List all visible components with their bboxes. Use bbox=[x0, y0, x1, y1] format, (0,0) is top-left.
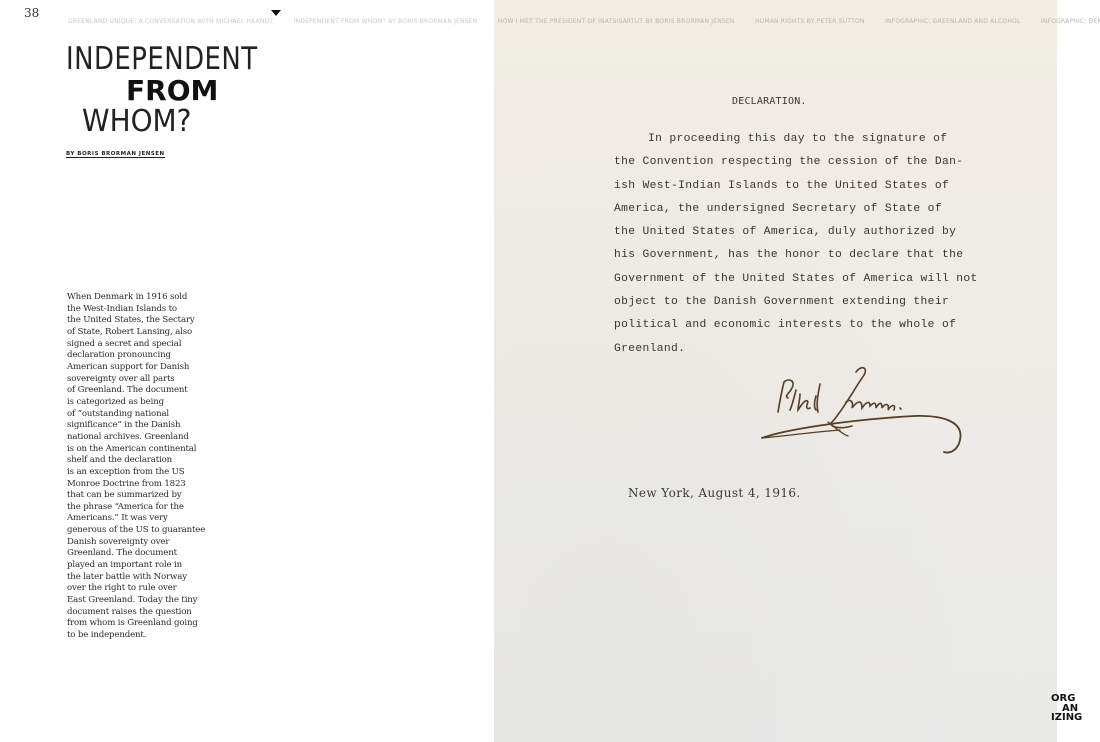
article-body-line: sovereignty over all parts bbox=[67, 374, 227, 386]
article-body-line: of “outstanding national bbox=[67, 409, 227, 421]
article-body-line: Americans.” It was very bbox=[67, 513, 227, 525]
article-body-line: is categorized as being bbox=[67, 397, 227, 409]
article-body-line: that can be summarized by bbox=[67, 490, 227, 502]
article-body-line: American support for Danish bbox=[67, 362, 227, 374]
article-body-line: national archives. Greenland bbox=[67, 432, 227, 444]
logo-line-3: IZING bbox=[1051, 713, 1082, 723]
nav-item-how-i-met[interactable]: How I met the president of Inatsisartut … bbox=[498, 18, 745, 25]
title-line-whom: WHOM? bbox=[82, 107, 259, 137]
nav-item-independent-from-whom[interactable]: Independent from whom? by Boris Brorman … bbox=[294, 18, 488, 25]
article-body-line: When Denmark in 1916 sold bbox=[67, 292, 227, 304]
article-body-line: East Greenland. Today the tiny bbox=[67, 595, 227, 607]
section-navigation: Greenland unique: a conversation with Mi… bbox=[68, 18, 1100, 25]
article-body-line: generous of the US to guarantee bbox=[67, 525, 227, 537]
nav-item-infographic-alcohol[interactable]: Infographic: Greenland and alcohol50 bbox=[885, 18, 1031, 25]
document-line: the United States of America, duly autho… bbox=[614, 221, 994, 244]
document-line: political and economic interests to the … bbox=[614, 314, 994, 337]
nav-item-infographic-demographic[interactable]: Infographic: Demographic52 bbox=[1041, 18, 1100, 25]
nav-item-page: 40 bbox=[738, 18, 745, 19]
nav-item-greenland-unique[interactable]: Greenland unique: a conversation with Mi… bbox=[68, 18, 284, 25]
nav-item-label: Greenland unique: a conversation with Mi… bbox=[68, 18, 273, 25]
article-body-line: is an exception from the US bbox=[67, 467, 227, 479]
nav-item-page: 38 bbox=[480, 18, 487, 19]
document-heading: DECLARATION. bbox=[732, 96, 807, 107]
signature-robert-lansing bbox=[744, 360, 974, 460]
article-body-line: Greenland. The document bbox=[67, 548, 227, 560]
nav-item-label: Human rights by Peter Sutton bbox=[755, 18, 865, 25]
document-line: Greenland. bbox=[614, 338, 994, 361]
declaration-document-image: DECLARATION. In proceeding this day to t… bbox=[494, 0, 1057, 742]
document-place-date: New York, August 4, 1916. bbox=[628, 486, 801, 500]
article-body: When Denmark in 1916 soldthe West-Indian… bbox=[67, 292, 227, 642]
current-section-marker-icon bbox=[271, 10, 281, 16]
document-line: his Government, has the honor to declare… bbox=[614, 244, 994, 267]
document-line: the Convention respecting the cession of… bbox=[614, 151, 994, 174]
article-body-line: the West-Indian Islands to bbox=[67, 304, 227, 316]
document-line: ish West-Indian Islands to the United St… bbox=[614, 175, 994, 198]
article-body-line: played an important role in bbox=[67, 560, 227, 572]
article-title: INDEPENDENT FROM WHOM? bbox=[66, 44, 272, 137]
article-body-line: signed a secret and special bbox=[67, 339, 227, 351]
article-body-line: declaration pronouncing bbox=[67, 350, 227, 362]
nav-item-label: How I met the president of Inatsisartut … bbox=[498, 18, 735, 25]
nav-item-page: 50 bbox=[1024, 18, 1031, 19]
article-body-line: document raises the question bbox=[67, 607, 227, 619]
article-body-line: Danish sovereignty over bbox=[67, 537, 227, 549]
article-body-line: the later battle with Norway bbox=[67, 572, 227, 584]
nav-item-page: 34 bbox=[276, 18, 283, 19]
title-line-independent: INDEPENDENT bbox=[66, 44, 258, 75]
nav-item-human-rights[interactable]: Human rights by Peter Sutton44 bbox=[755, 18, 875, 25]
document-line: America, the undersigned Secretary of St… bbox=[614, 198, 994, 221]
article-body-line: the phrase “America for the bbox=[67, 502, 227, 514]
nav-item-label: Infographic: Greenland and alcohol bbox=[885, 18, 1020, 25]
article-body-line: is on the American continental bbox=[67, 444, 227, 456]
nav-item-label: Independent from whom? by Boris Brorman … bbox=[294, 18, 478, 25]
article-body-line: over the right to rule over bbox=[67, 583, 227, 595]
article-body-line: to be independent. bbox=[67, 630, 227, 642]
organizing-logo: ORG AN IZING bbox=[1051, 694, 1082, 723]
article-body-line: from whom is Greenland going bbox=[67, 618, 227, 630]
nav-item-page: 44 bbox=[868, 18, 875, 19]
page-number: 38 bbox=[24, 6, 39, 20]
document-line: In proceeding this day to the signature … bbox=[614, 128, 994, 151]
article-body-line: Monroe Doctrine from 1823 bbox=[67, 479, 227, 491]
article-body-line: of State, Robert Lansing, also bbox=[67, 327, 227, 339]
document-line: object to the Danish Government extendin… bbox=[614, 291, 994, 314]
article-body-line: significance” in the Danish bbox=[67, 420, 227, 432]
document-line: Government of the United States of Ameri… bbox=[614, 268, 994, 291]
article-body-line: of Greenland. The document bbox=[67, 385, 227, 397]
nav-item-label: Infographic: Demographic bbox=[1041, 18, 1100, 25]
title-line-from: FROM bbox=[126, 77, 272, 105]
article-body-line: shelf and the declaration bbox=[67, 455, 227, 467]
byline: BY BORIS BRORMAN JENSEN bbox=[66, 151, 165, 158]
document-body: In proceeding this day to the signature … bbox=[614, 128, 994, 361]
article-body-line: the United States, the Sectary bbox=[67, 315, 227, 327]
